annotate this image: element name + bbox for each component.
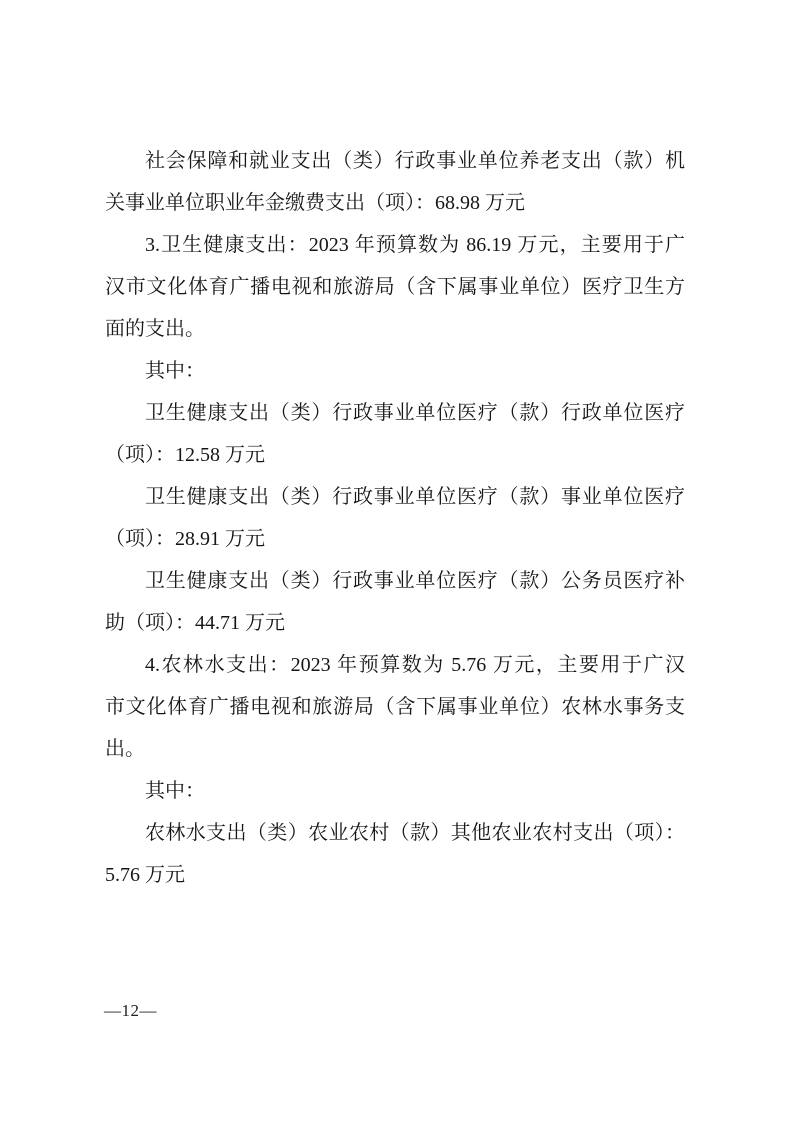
text-line: 卫生健康支出（类）行政事业单位医疗（款）公务员医疗补 [105, 560, 685, 602]
text-line: 4.农林水支出：2023 年预算数为 5.76 万元，主要用于广汉 [105, 644, 685, 686]
text-line: 出。 [105, 728, 685, 770]
paragraph-health-public-unit: 卫生健康支出（类）行政事业单位医疗（款）事业单位医疗 （项）：28.91 万元 [105, 476, 685, 560]
paragraph-agriculture-summary: 4.农林水支出：2023 年预算数为 5.76 万元，主要用于广汉 市文化体育广… [105, 644, 685, 770]
text-line: 其中： [105, 350, 685, 392]
text-line: 汉市文化体育广播电视和旅游局（含下属事业单位）医疗卫生方 [105, 266, 685, 308]
paragraph-health-admin-unit: 卫生健康支出（类）行政事业单位医疗（款）行政单位医疗 （项）：12.58 万元 [105, 392, 685, 476]
text-line: 5.76 万元 [105, 854, 685, 896]
text-line: 社会保障和就业支出（类）行政事业单位养老支出（款）机 [105, 140, 685, 182]
text-line: 卫生健康支出（类）行政事业单位医疗（款）事业单位医疗 [105, 476, 685, 518]
text-line: （项）：28.91 万元 [105, 518, 685, 560]
paragraph-among-which-agriculture: 其中： [105, 770, 685, 812]
paragraph-health-summary: 3.卫生健康支出：2023 年预算数为 86.19 万元，主要用于广 汉市文化体… [105, 224, 685, 350]
text-line: 面的支出。 [105, 308, 685, 350]
text-line: 助（项）：44.71 万元 [105, 602, 685, 644]
text-line: 市文化体育广播电视和旅游局（含下属事业单位）农林水事务支 [105, 686, 685, 728]
page-number: —12— [104, 1001, 157, 1021]
text-line: 关事业单位职业年金缴费支出（项）：68.98 万元 [105, 182, 685, 224]
paragraph-agriculture-other: 农林水支出（类）农业农村（款）其他农业农村支出（项）： 5.76 万元 [105, 812, 685, 896]
text-line: 其中： [105, 770, 685, 812]
text-line: 3.卫生健康支出：2023 年预算数为 86.19 万元，主要用于广 [105, 224, 685, 266]
document-body: 社会保障和就业支出（类）行政事业单位养老支出（款）机 关事业单位职业年金缴费支出… [105, 140, 685, 896]
text-line: （项）：12.58 万元 [105, 434, 685, 476]
text-line: 卫生健康支出（类）行政事业单位医疗（款）行政单位医疗 [105, 392, 685, 434]
document-page: 社会保障和就业支出（类）行政事业单位养老支出（款）机 关事业单位职业年金缴费支出… [0, 0, 793, 1122]
paragraph-among-which-health: 其中： [105, 350, 685, 392]
paragraph-health-civil-servant: 卫生健康支出（类）行政事业单位医疗（款）公务员医疗补 助（项）：44.71 万元 [105, 560, 685, 644]
text-line: 农林水支出（类）农业农村（款）其他农业农村支出（项）： [105, 812, 685, 854]
paragraph-social-security: 社会保障和就业支出（类）行政事业单位养老支出（款）机 关事业单位职业年金缴费支出… [105, 140, 685, 224]
